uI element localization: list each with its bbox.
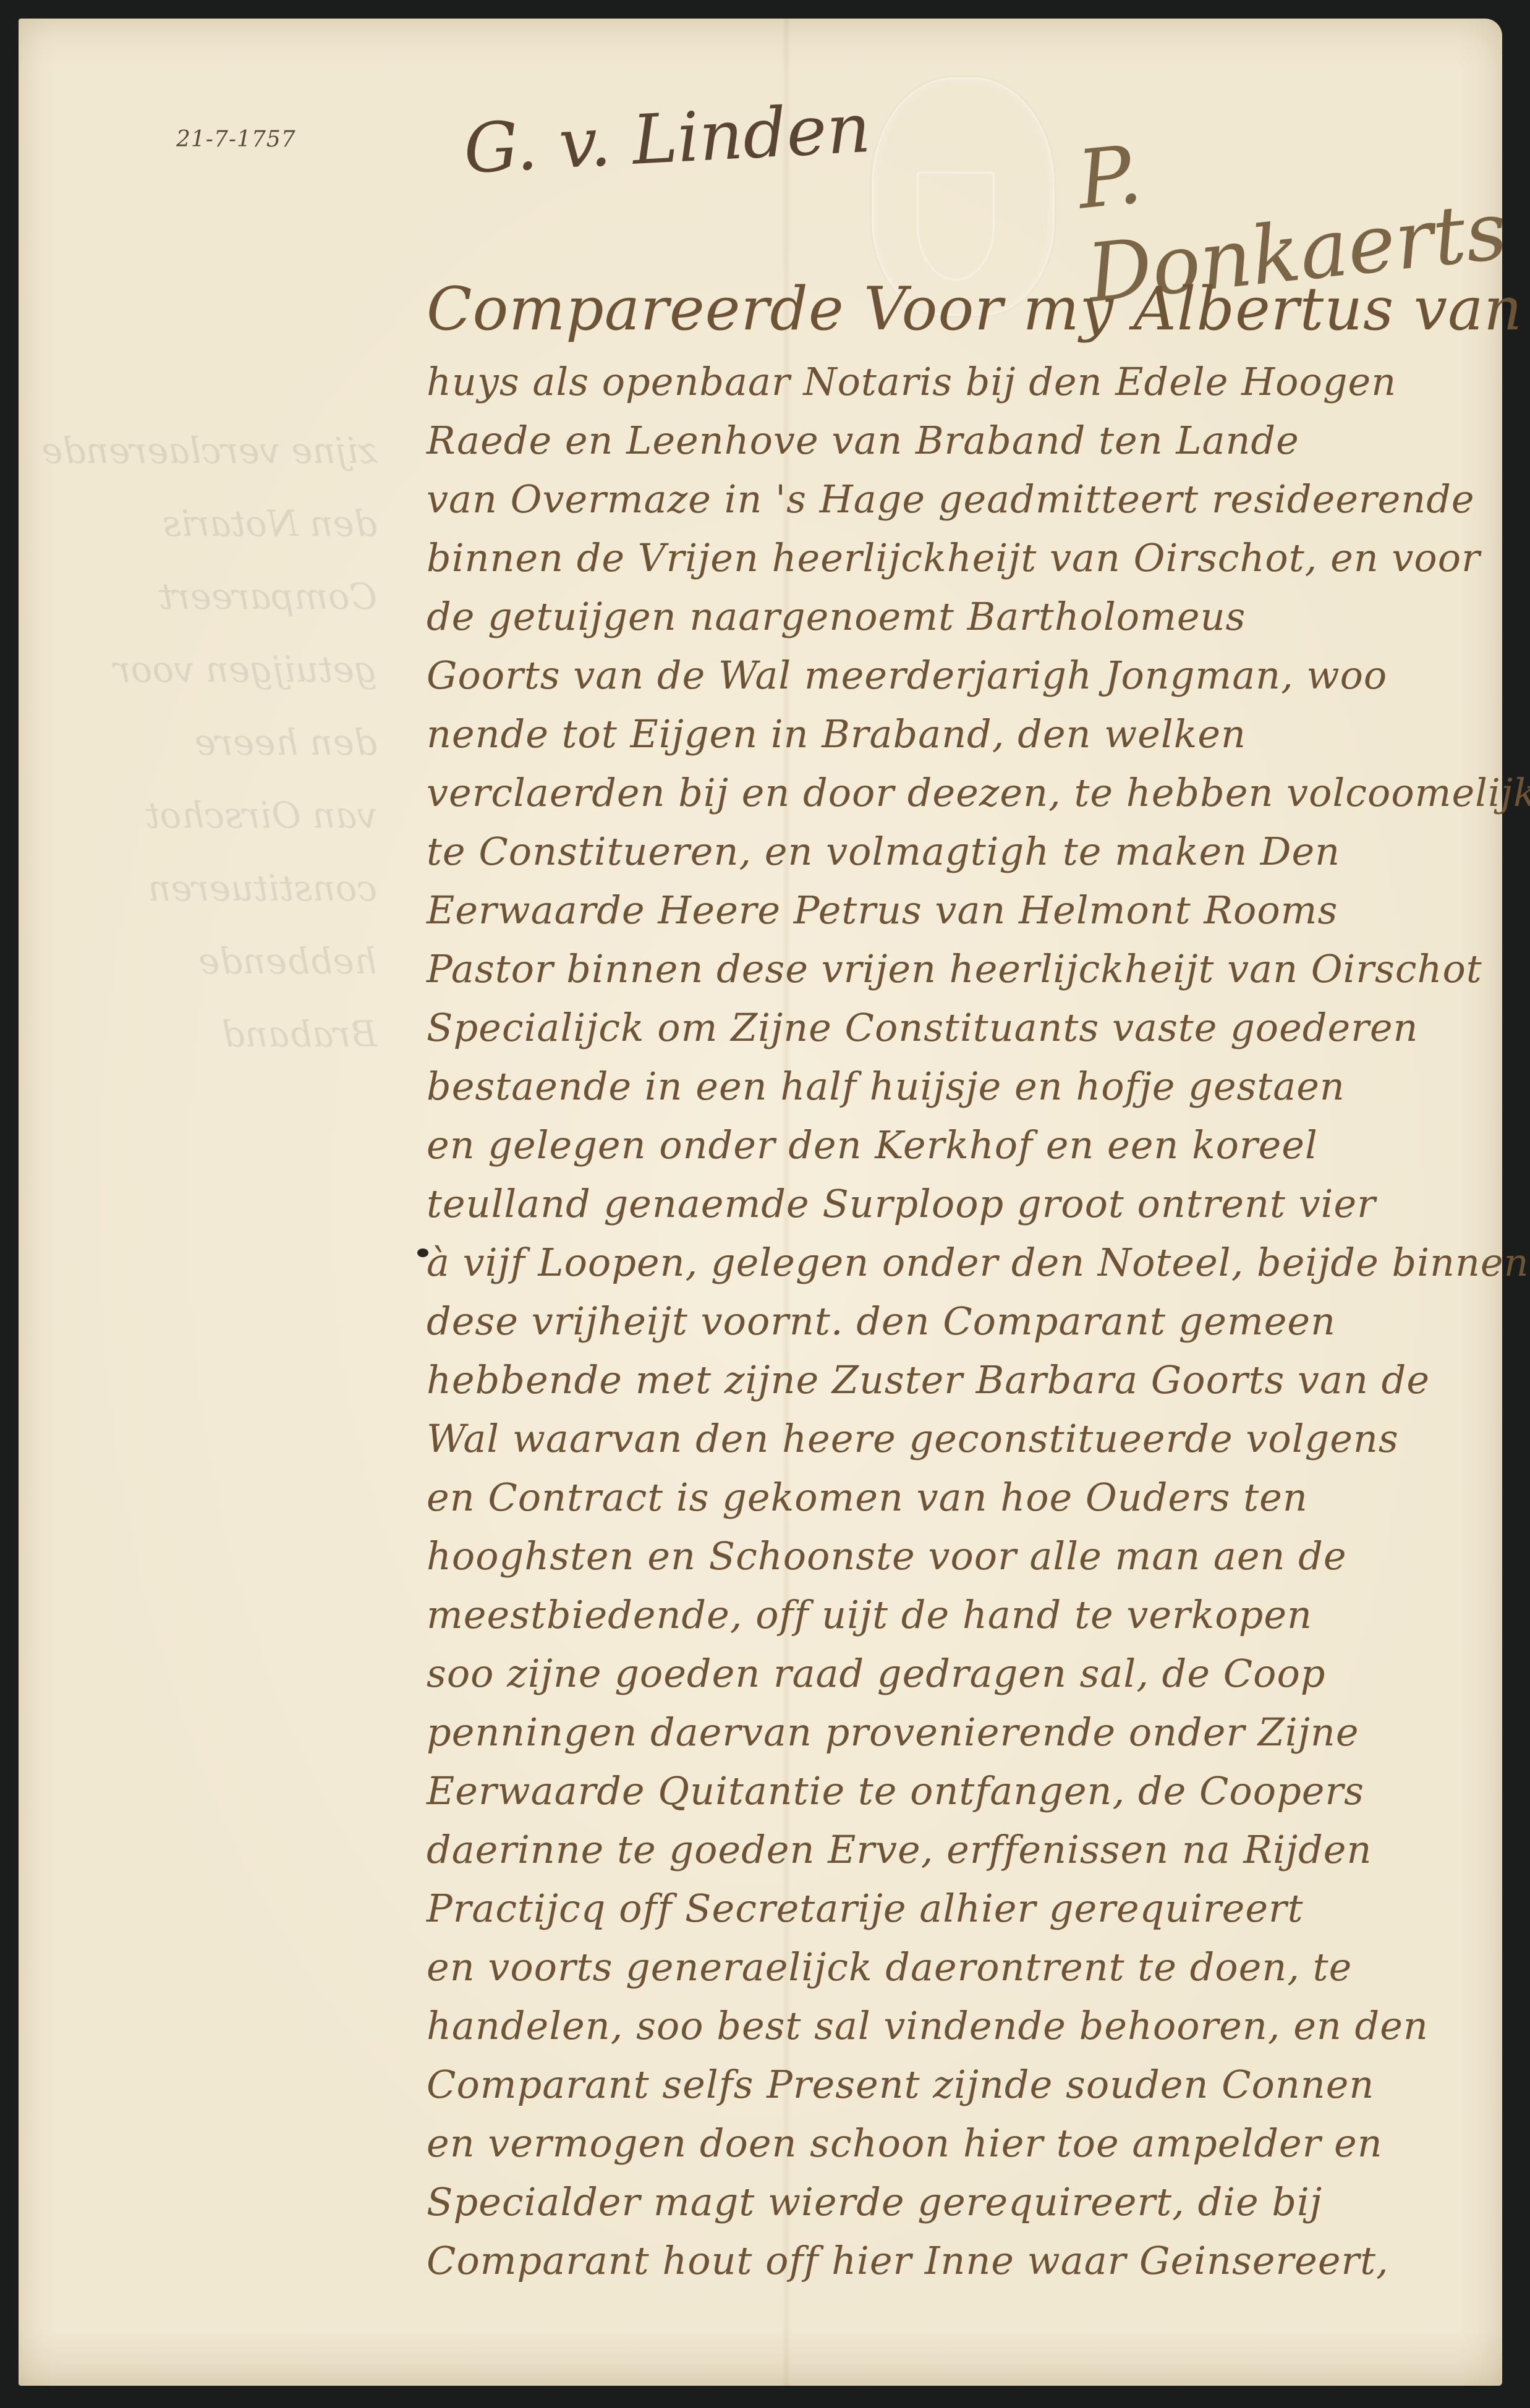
body-line: soo zijne goeden raad gedragen sal, de C… bbox=[427, 1644, 1515, 1703]
body-line: handelen, soo best sal vindende behooren… bbox=[427, 1996, 1515, 2055]
body-line: dese vrijheijt voornt. den Comparant gem… bbox=[427, 1292, 1515, 1350]
margin-date-note: 21-7-1757 bbox=[176, 127, 296, 152]
body-line: Practijcq off Secretarije alhier gerequi… bbox=[427, 1879, 1515, 1938]
body-line: te Constitueren, en volmagtigh te maken … bbox=[427, 822, 1515, 881]
signature-left: G. v. Linden bbox=[462, 88, 872, 189]
document-page: zijne verclaerende den Notaris Compareer… bbox=[19, 19, 1502, 2386]
body-line: Comparant hout off hier Inne waar Geinse… bbox=[427, 2231, 1515, 2290]
body-line: en voorts generaelijck daerontrent te do… bbox=[427, 1938, 1515, 1996]
body-line: verclaerden bij en door deezen, te hebbe… bbox=[427, 763, 1515, 822]
body-line: Comparant selfs Present zijnde souden Co… bbox=[427, 2055, 1515, 2114]
body-line: Compareerde Voor my Albertus van Na bbox=[427, 266, 1515, 352]
body-line: en vermogen doen schoon hier toe ampelde… bbox=[427, 2114, 1515, 2173]
body-line: daerinne te goeden Erve, erffenissen na … bbox=[427, 1820, 1515, 1879]
body-line: Specialder magt wierde gerequireert, die… bbox=[427, 2173, 1515, 2231]
body-line: binnen de Vrijen heerlijckheijt van Oirs… bbox=[427, 528, 1515, 587]
body-line: van Overmaze in 's Hage geadmitteert res… bbox=[427, 470, 1515, 528]
body-line: en gelegen onder den Kerkhof en een kore… bbox=[427, 1116, 1515, 1174]
body-line: Pastor binnen dese vrijen heerlijckheijt… bbox=[427, 939, 1515, 998]
body-line: teulland genaemde Surploop groot ontrent… bbox=[427, 1174, 1515, 1233]
body-line: de getuijgen naargenoemt Bartholomeus bbox=[427, 587, 1515, 646]
body-line: à vijf Loopen, gelegen onder den Noteel,… bbox=[427, 1233, 1515, 1292]
body-line: Eerwaarde Heere Petrus van Helmont Rooms bbox=[427, 881, 1515, 939]
body-line: en Contract is gekomen van hoe Ouders te… bbox=[427, 1468, 1515, 1527]
body-line: hooghsten en Schoonste voor alle man aen… bbox=[427, 1527, 1515, 1585]
body-line: meestbiedende, off uijt de hand te verko… bbox=[427, 1585, 1515, 1644]
body-line: Raede en Leenhove van Braband ten Lande bbox=[427, 411, 1515, 470]
body-line: nende tot Eijgen in Braband, den welken bbox=[427, 705, 1515, 763]
body-line: hebbende met zijne Zuster Barbara Goorts… bbox=[427, 1350, 1515, 1409]
body-line: Wal waarvan den heere geconstitueerde vo… bbox=[427, 1409, 1515, 1468]
body-line: Goorts van de Wal meerderjarigh Jongman,… bbox=[427, 646, 1515, 705]
body-line: Specialijck om Zijne Constituants vaste … bbox=[427, 998, 1515, 1057]
body-line: bestaende in een half huijsje en hofje g… bbox=[427, 1057, 1515, 1116]
body-line: huys als openbaar Notaris bij den Edele … bbox=[427, 352, 1515, 411]
body-line: Eerwaarde Quitantie te ontfangen, de Coo… bbox=[427, 1761, 1515, 1820]
body-line: penningen daervan provenierende onder Zi… bbox=[427, 1703, 1515, 1761]
deed-body: Compareerde Voor my Albertus van Na huys… bbox=[427, 266, 1515, 2290]
ink-blot bbox=[417, 1249, 428, 1257]
show-through-text: zijne verclaerende den Notaris Compareer… bbox=[56, 414, 377, 1465]
